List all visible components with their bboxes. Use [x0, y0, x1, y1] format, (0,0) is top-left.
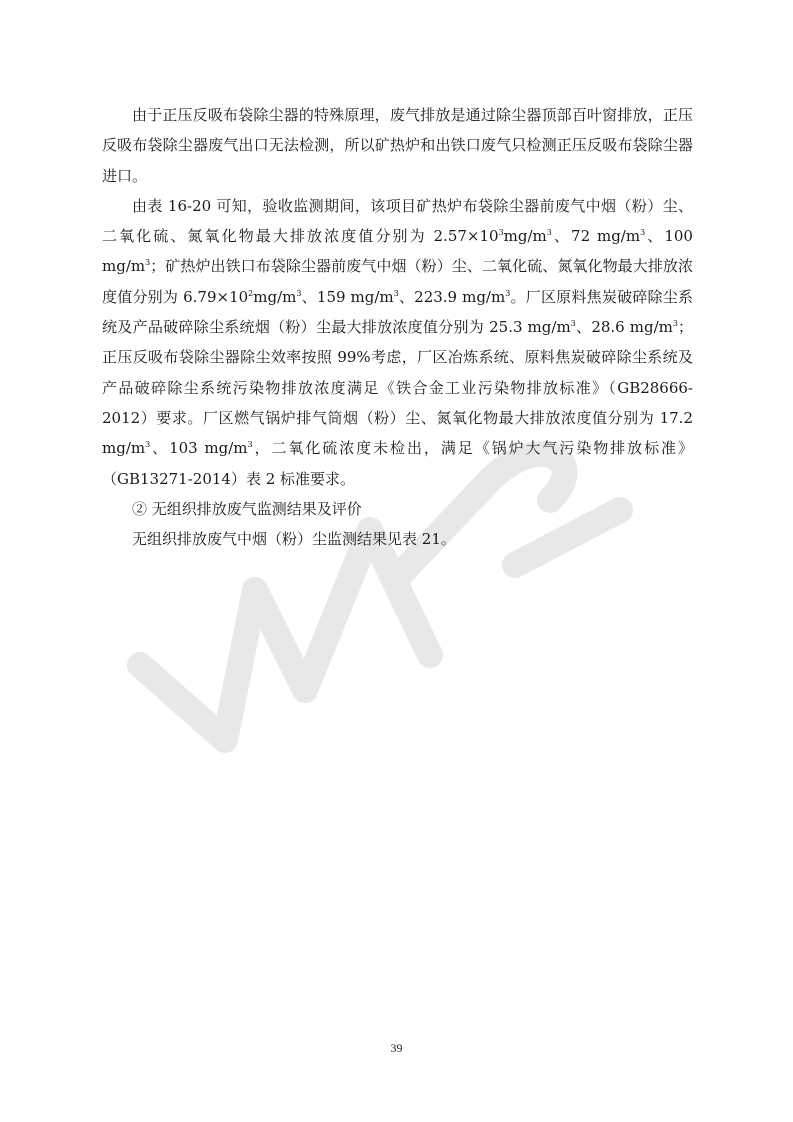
section-heading-fugitive-emissions: ② 无组织排放废气监测结果及评价: [102, 494, 693, 524]
page-number: 39: [0, 1041, 793, 1056]
paragraph-baghouse-principle: 由于正压反吸布袋除尘器的特殊原理，废气排放是通过除尘器顶部百叶窗排放，正压反吸布…: [102, 100, 693, 191]
document-body: 由于正压反吸布袋除尘器的特殊原理，废气排放是通过除尘器顶部百叶窗排放，正压反吸布…: [102, 100, 693, 554]
document-page: 由于正压反吸布袋除尘器的特殊原理，废气排放是通过除尘器顶部百叶窗排放，正压反吸布…: [0, 0, 793, 1122]
paragraph-table-reference: 无组织排放废气中烟（粉）尘监测结果见表 21。: [102, 524, 693, 554]
paragraph-monitoring-results: 由表 16-20 可知，验收监测期间，该项目矿热炉布袋除尘器前废气中烟（粉）尘、…: [102, 191, 693, 494]
